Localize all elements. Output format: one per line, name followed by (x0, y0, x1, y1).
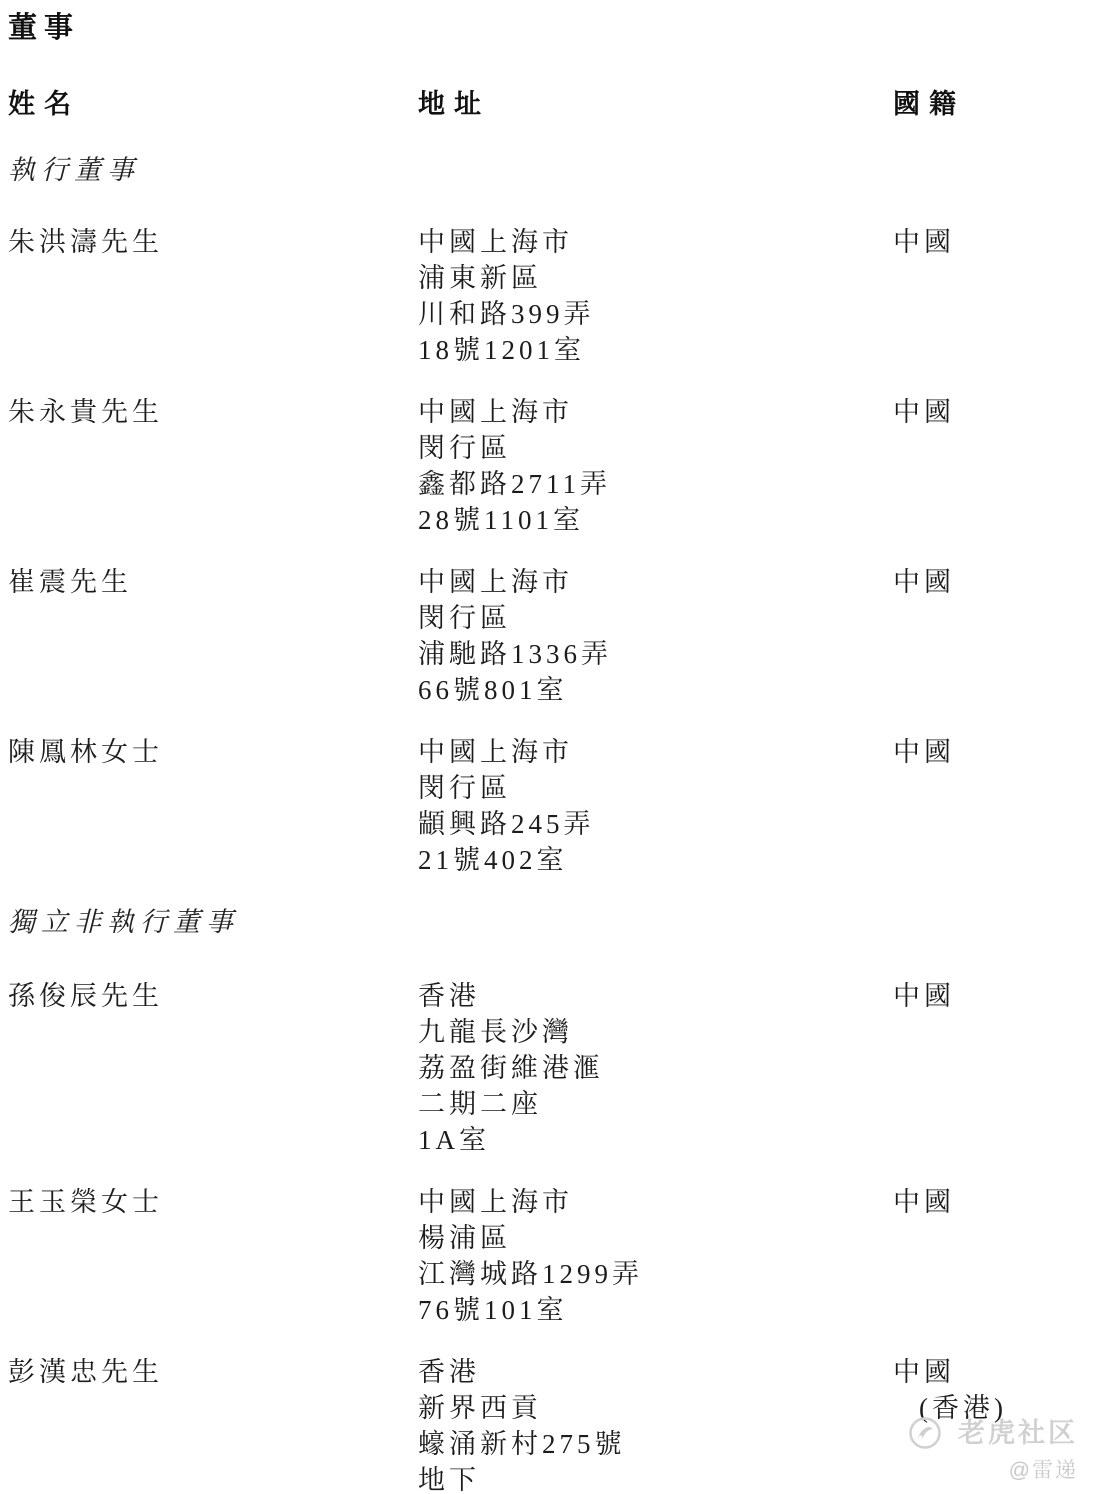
director-row: 陳鳳林女士中國上海市閔行區顓興路245弄21號402室中國 (8, 734, 1094, 878)
name-cell: 朱永貴先生 (8, 394, 418, 538)
address-line: 閔行區 (418, 600, 893, 636)
address-line: 二期二座 (418, 1086, 893, 1122)
nationality-line: 中國 (893, 978, 1094, 1014)
name-cell: 崔震先生 (8, 564, 418, 708)
address-line: 閔行區 (418, 770, 893, 806)
director-name: 孫俊辰先生 (8, 978, 418, 1014)
director-name: 彭漢忠先生 (8, 1354, 418, 1390)
address-line: 閔行區 (418, 430, 893, 466)
address-line: 1A室 (418, 1122, 893, 1158)
address-line: 18號1201室 (418, 332, 893, 368)
nationality-cell: 中國 (893, 394, 1094, 538)
nationality-line: 中國 (893, 734, 1094, 770)
address-line: 浦馳路1336弄 (418, 636, 893, 672)
column-header-address: 地址 (418, 86, 893, 122)
address-cell: 中國上海市楊浦區江灣城路1299弄76號101室 (418, 1184, 893, 1328)
name-cell: 孫俊辰先生 (8, 978, 418, 1158)
name-cell: 王玉榮女士 (8, 1184, 418, 1328)
nationality-line: 中國 (893, 564, 1094, 600)
address-line: 21號402室 (418, 842, 893, 878)
director-row: 朱洪濤先生中國上海市浦東新區川和路399弄18號1201室中國 (8, 224, 1094, 368)
address-line: 江灣城路1299弄 (418, 1256, 893, 1292)
nationality-line: 中國 (893, 394, 1094, 430)
address-line: 中國上海市 (418, 564, 893, 600)
column-header-name: 姓名 (8, 86, 418, 122)
tiger-icon (908, 1416, 942, 1450)
prospectus-directors-page: 董事 姓名 地址 國籍 執行董事朱洪濤先生中國上海市浦東新區川和路399弄18號… (0, 0, 1094, 1494)
address-line: 荔盈街維港滙 (418, 1050, 893, 1086)
director-name: 朱洪濤先生 (8, 224, 418, 260)
column-header-nationality: 國籍 (893, 86, 1094, 122)
watermark: 老虎社区 @雷递 (908, 1416, 1078, 1484)
table-header-row: 姓名 地址 國籍 (8, 86, 1094, 122)
address-cell: 香港九龍長沙灣荔盈街維港滙二期二座1A室 (418, 978, 893, 1158)
address-line: 中國上海市 (418, 734, 893, 770)
nationality-cell: 中國 (893, 564, 1094, 708)
address-line: 28號1101室 (418, 502, 893, 538)
address-line: 顓興路245弄 (418, 806, 893, 842)
name-cell: 朱洪濤先生 (8, 224, 418, 368)
address-line: 楊浦區 (418, 1220, 893, 1256)
address-line: 香港 (418, 978, 893, 1014)
nationality-line: 中國 (893, 224, 1094, 260)
page-title: 董事 (8, 8, 1094, 48)
address-line: 鑫都路2711弄 (418, 466, 893, 502)
address-line: 中國上海市 (418, 224, 893, 260)
director-row: 孫俊辰先生香港九龍長沙灣荔盈街維港滙二期二座1A室中國 (8, 978, 1094, 1158)
director-name: 崔震先生 (8, 564, 418, 600)
director-name: 陳鳳林女士 (8, 734, 418, 770)
page-content: 董事 姓名 地址 國籍 執行董事朱洪濤先生中國上海市浦東新區川和路399弄18號… (0, 0, 1094, 1494)
director-row: 王玉榮女士中國上海市楊浦區江灣城路1299弄76號101室中國 (8, 1184, 1094, 1328)
address-cell: 中國上海市閔行區鑫都路2711弄28號1101室 (418, 394, 893, 538)
section-heading: 執行董事 (8, 152, 1094, 188)
nationality-cell: 中國 (893, 978, 1094, 1158)
name-cell: 彭漢忠先生 (8, 1354, 418, 1494)
director-row: 朱永貴先生中國上海市閔行區鑫都路2711弄28號1101室中國 (8, 394, 1094, 538)
director-name: 王玉榮女士 (8, 1184, 418, 1220)
nationality-cell: 中國 (893, 224, 1094, 368)
director-row: 崔震先生中國上海市閔行區浦馳路1336弄66號801室中國 (8, 564, 1094, 708)
directors-table-body: 執行董事朱洪濤先生中國上海市浦東新區川和路399弄18號1201室中國朱永貴先生… (8, 152, 1094, 1494)
director-name: 朱永貴先生 (8, 394, 418, 430)
address-line: 九龍長沙灣 (418, 1014, 893, 1050)
section-heading: 獨立非執行董事 (8, 904, 1094, 940)
address-cell: 中國上海市閔行區浦馳路1336弄66號801室 (418, 564, 893, 708)
address-line: 地下 (418, 1462, 893, 1494)
watermark-row: 老虎社区 (908, 1416, 1078, 1450)
address-line: 中國上海市 (418, 1184, 893, 1220)
address-cell: 香港新界西貢蠔涌新村275號地下 (418, 1354, 893, 1494)
watermark-handle: @雷递 (908, 1458, 1078, 1484)
address-line: 香港 (418, 1354, 893, 1390)
address-line: 川和路399弄 (418, 296, 893, 332)
address-cell: 中國上海市閔行區顓興路245弄21號402室 (418, 734, 893, 878)
nationality-cell: 中國 (893, 1184, 1094, 1328)
nationality-line: 中國 (893, 1354, 1094, 1390)
watermark-text: 老虎社区 (958, 1416, 1078, 1450)
address-line: 新界西貢 (418, 1390, 893, 1426)
address-cell: 中國上海市浦東新區川和路399弄18號1201室 (418, 224, 893, 368)
address-line: 66號801室 (418, 672, 893, 708)
nationality-cell: 中國 (893, 734, 1094, 878)
nationality-line: 中國 (893, 1184, 1094, 1220)
name-cell: 陳鳳林女士 (8, 734, 418, 878)
address-line: 中國上海市 (418, 394, 893, 430)
address-line: 76號101室 (418, 1292, 893, 1328)
address-line: 蠔涌新村275號 (418, 1426, 893, 1462)
address-line: 浦東新區 (418, 260, 893, 296)
